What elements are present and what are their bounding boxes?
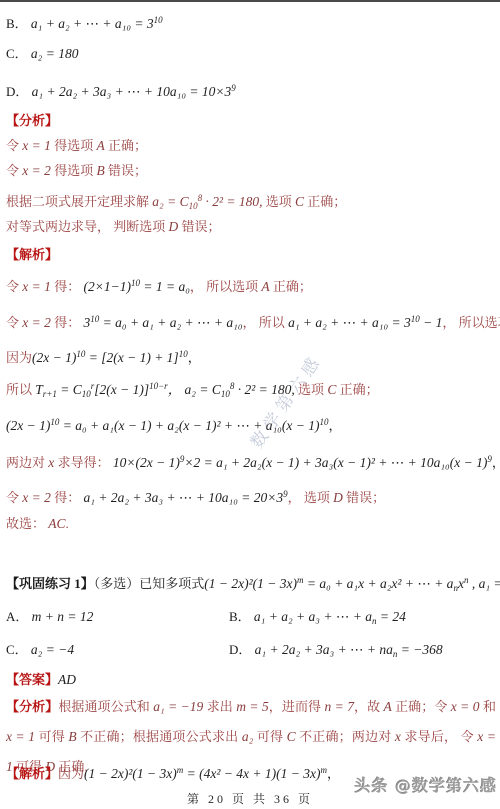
text-segment: 因为 (6, 350, 32, 365)
text-segment: 因为 (58, 766, 84, 781)
text-segment: 令 (6, 279, 22, 294)
text-segment: A． (6, 609, 32, 624)
text-segment: ，故 (354, 699, 384, 714)
text-segment: （多选）已知多项式 (94, 576, 205, 591)
text-segment: 错误； (105, 163, 147, 178)
explanation-line-5: (2x − 1)10 = a₀ + a₁(x − 1) + a₂(x − 1)²… (6, 412, 341, 436)
text-segment: 错误； (343, 490, 385, 505)
text-segment: 故选： (6, 516, 48, 531)
text-segment: ， 选项 (288, 490, 334, 505)
text-segment: − 1 (420, 315, 443, 330)
text-segment: x = 2 (22, 315, 54, 330)
text-segment: ， 所以 (243, 315, 289, 330)
text-segment: ， (492, 455, 500, 470)
text-segment: 根据二项式展开定理求解 (6, 194, 152, 209)
exercise-1-answer: 【答案】AD (6, 670, 76, 690)
analysis-line-4: 对等式两边求导， 判断选项 D 错误； (6, 217, 221, 237)
text-segment: (2x − 1) (32, 350, 76, 365)
exercise-1-option-a: A． m + n = 12 (6, 607, 93, 627)
text-segment: x (48, 455, 57, 470)
text-segment: = (4x² − 4x + 1)(1 − 3x) (183, 766, 320, 781)
option-line-c: C． a₂ = 180 (6, 44, 78, 64)
text-segment: 对等式两边求导， 判断选项 (6, 219, 169, 234)
text-segment: 10 (411, 314, 420, 324)
text-segment: 9 (231, 83, 236, 93)
text-segment: m + n = 12 (32, 609, 94, 624)
text-segment: A (97, 138, 105, 153)
text-segment: AC (48, 516, 65, 531)
text-segment: 令 (6, 315, 22, 330)
text-segment: D． (229, 642, 255, 657)
explanation-line-4: 所以 Tr+1 = C10r[2(x − 1)]10−r， a₂ = C108 … (6, 376, 379, 404)
explanation-line-3: 因为(2x − 1)10 = [2(x − 1) + 1]10， (6, 344, 201, 368)
text-segment: 选项 (295, 382, 328, 397)
text-segment: C (295, 194, 304, 209)
text-segment: x = 1 (22, 138, 54, 153)
text-segment: C (327, 382, 336, 397)
text-segment: = a₀ + a₁x + a₂x² + ⋯ + a (304, 576, 454, 591)
text-segment: 正确； (336, 382, 378, 397)
text-segment: · 2² = 180, (234, 382, 294, 397)
text-segment: x = 0 (451, 699, 483, 714)
exercise-1-title: 【巩固练习 1】（多选）已知多项式(1 − 2x)²(1 − 3x)m = a₀… (6, 570, 500, 598)
text-segment: a₂ = −4 (31, 642, 74, 657)
text-segment: D (169, 219, 179, 234)
text-segment: 10 (76, 349, 85, 359)
text-segment: = 24 (376, 609, 405, 624)
text-segment: = C (57, 382, 82, 397)
text-segment: 可得 (39, 729, 69, 744)
text-segment: a₁ + a₂ + ⋯ + a₁₀ = 3 (31, 16, 154, 31)
explanation-line-2: 令 x = 2 得： 310 = a₀ + a₁ + a₂ + ⋯ + a₁₀，… (6, 309, 500, 333)
option-line-d: D． a₁ + 2a₂ + 3a₃ + ⋯ + 10a₁₀ = 10×39 (6, 78, 236, 102)
text-segment: x = 1 (6, 729, 39, 744)
text-segment: = a₀ + a₁(x − 1) + a₂(x − 1)² + ⋯ + a₁₀(… (59, 418, 319, 433)
text-segment: B． (6, 16, 31, 31)
text-segment: = [2(x − 1) + 1] (85, 350, 178, 365)
document-page: 数学第六感 B． a₁ + a₂ + ⋯ + a₁₀ = 310 C． a₂ =… (0, 0, 500, 809)
text-segment: T (35, 382, 43, 397)
exercise-1-explanation: 【解析】因为(1 − 2x)²(1 − 3x)m = (4x² − 4x + 1… (6, 760, 340, 784)
analysis-header: 【分析】 (6, 111, 58, 131)
explanation-header: 【解析】 (6, 245, 58, 265)
text-segment: 【解析】 (6, 247, 58, 262)
text-segment: (2x − 1) (6, 418, 50, 433)
text-segment: 正确； (105, 138, 147, 153)
text-segment: 【分析】 (6, 113, 58, 128)
text-segment: (1 − 2x)²(1 − 3x) (204, 576, 297, 591)
text-segment: 不正确；根据通项公式求出 (77, 729, 242, 744)
text-segment: 10 (179, 349, 188, 359)
text-segment: 选项 (263, 194, 296, 209)
text-segment: D． (6, 84, 32, 99)
text-segment: ， (328, 418, 341, 433)
text-segment: AD (58, 672, 76, 687)
analysis-line-2: 令 x = 2 得选项 B 错误； (6, 161, 147, 181)
text-segment: n = 7 (324, 699, 354, 714)
text-segment: ， 所以选项 (190, 279, 262, 294)
text-segment: 【解析】 (6, 766, 58, 781)
text-segment: 不正确；两边对 (296, 729, 395, 744)
text-segment: x = 2 (22, 490, 54, 505)
exercise-1-option-d: D． a₁ + 2a₂ + 3a₃ + ⋯ + nan = −368 (229, 640, 443, 664)
text-segment: a₁ + a₂ + ⋯ + a₁₀ = 3 (288, 315, 411, 330)
text-segment: 所以 (6, 382, 35, 397)
text-segment: [2(x − 1)] (94, 382, 149, 397)
text-segment: 可得 (257, 729, 287, 744)
text-segment: 根据通项公式和 (58, 699, 153, 714)
text-segment: 10−r (149, 381, 168, 391)
text-segment: 10 (82, 389, 91, 399)
text-segment: 10 (50, 417, 59, 427)
text-segment: m = 5 (236, 699, 269, 714)
text-segment: a₁ = −19 (153, 699, 207, 714)
text-segment: 求导得： (58, 455, 113, 470)
text-segment: C (287, 729, 296, 744)
text-segment: 10 (221, 389, 230, 399)
text-segment: C． (6, 642, 31, 657)
text-segment: ， (188, 350, 201, 365)
text-segment: a₁ + a₂ + a₃ + ⋯ + a (254, 609, 372, 624)
text-segment: 令 (6, 490, 22, 505)
text-segment: D (333, 490, 343, 505)
text-segment: ， (327, 766, 340, 781)
option-line-b: B． a₁ + a₂ + ⋯ + a₁₀ = 310 (6, 10, 163, 34)
analysis-line-1: 令 x = 1 得选项 A 正确； (6, 136, 147, 156)
text-segment: = a₀ + a₁ + a₂ + ⋯ + a₁₀ (99, 315, 242, 330)
text-segment: a₂ = 180 (31, 46, 79, 61)
text-segment: 求出 (207, 699, 236, 714)
text-segment: = 1 = a₀ (140, 279, 190, 294)
explanation-line-1: 令 x = 1 得： (2×1−1)10 = 1 = a₀， 所以选项 A 正确… (6, 273, 312, 297)
text-segment: a₂ (242, 729, 257, 744)
explanation-line-6: 两边对 x 求导得： 10×(2x − 1)9×2 = a₁ + 2a₂(x −… (6, 449, 500, 473)
text-segment: 两边对 (6, 455, 48, 470)
text-segment: 正确； (270, 279, 312, 294)
text-segment: B (68, 729, 76, 744)
text-segment: ，进而得 (269, 699, 325, 714)
explanation-line-7: 令 x = 2 得： a₁ + 2a₂ + 3a₃ + ⋯ + 10a₁₀ = … (6, 484, 385, 508)
text-segment: A (261, 279, 269, 294)
text-segment: 错误； (178, 219, 220, 234)
text-segment: 10 (189, 201, 198, 211)
text-segment: = −368 (397, 642, 442, 657)
analysis-line-3: 根据二项式展开定理求解 a₂ = C108 · 2² = 180, 选项 C 正… (6, 188, 346, 216)
text-segment: a₁ + 2a₂ + 3a₃ + ⋯ + 10a₁₀ = 20×3 (84, 490, 284, 505)
text-segment: x = 2 (22, 163, 54, 178)
text-segment: ， 所以选项 (442, 315, 500, 330)
text-segment: 得选项 (54, 163, 96, 178)
text-segment: ， a₂ = C (168, 382, 221, 397)
text-segment: 得： (54, 279, 83, 294)
text-segment: (2×1−1) (84, 279, 131, 294)
page-number-footer: 第 20 页 共 36 页 (0, 790, 500, 807)
text-segment: 令 (6, 163, 22, 178)
text-segment: B． (229, 609, 254, 624)
text-segment: C． (6, 46, 31, 61)
text-segment: 【分析】 (6, 699, 58, 714)
text-segment: , a₁ = −15, (468, 576, 500, 591)
text-segment: 求导后， 令 (404, 729, 477, 744)
text-segment: 得选项 (54, 138, 96, 153)
text-segment: 10 (154, 15, 163, 25)
text-segment: r+1 (43, 389, 57, 399)
text-segment: a₂ = C (152, 194, 188, 209)
text-segment: x = 1 (22, 279, 54, 294)
text-segment: 10×(2x − 1) (113, 455, 180, 470)
text-segment: 得： (54, 490, 83, 505)
text-segment: (1 − 2x)²(1 − 3x) (84, 766, 177, 781)
text-segment: . (66, 516, 69, 531)
final-answer-line: 故选： AC. (6, 514, 69, 534)
exercise-1-option-b: B． a₁ + a₂ + a₃ + ⋯ + an = 24 (229, 607, 406, 631)
cropped-rule-line (0, 0, 500, 2)
text-segment: A (384, 699, 392, 714)
text-segment: 10 (131, 278, 140, 288)
text-segment: B (97, 163, 105, 178)
text-segment: 和 (483, 699, 496, 714)
text-segment: 【答案】 (6, 672, 58, 687)
text-segment: a₁ + 2a₂ + 3a₃ + ⋯ + na (255, 642, 393, 657)
text-segment: 得： (54, 315, 83, 330)
text-segment: 【巩固练习 1】 (6, 576, 94, 591)
text-segment: ×2 = a₁ + 2a₂(x − 1) + 3a₃(x − 1)² + ⋯ +… (184, 455, 487, 470)
text-segment: · 2² = 180, (202, 194, 262, 209)
text-segment: 令 (6, 138, 22, 153)
text-segment: 10 (90, 314, 99, 324)
text-segment: 正确；令 (392, 699, 451, 714)
text-segment: 正确； (304, 194, 346, 209)
text-segment: a₁ + 2a₂ + 3a₃ + ⋯ + 10a₁₀ = 10×3 (32, 84, 232, 99)
exercise-1-option-c: C． a₂ = −4 (6, 640, 74, 660)
